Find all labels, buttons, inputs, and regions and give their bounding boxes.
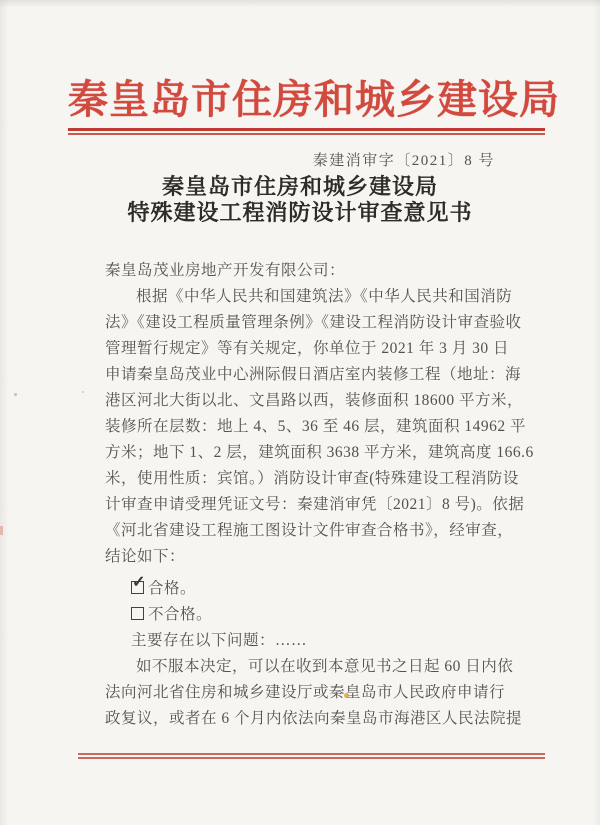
issues-line: 主要存在以下问题：…… xyxy=(105,628,550,654)
conclusion-qualified-label: 合格。 xyxy=(148,580,196,597)
body-line: 法》《建设工程质量管理条例》《建设工程消防设计审查验收 xyxy=(105,310,550,336)
scan-artifact xyxy=(344,693,349,698)
body-line: 方米；地下 1、2 层，建筑面积 3638 平方米，建筑高度 166.6 xyxy=(105,440,550,466)
recipient-line: 秦皇岛茂业房地产开发有限公司： xyxy=(105,258,550,284)
scan-artifact xyxy=(14,393,17,396)
letterhead-separator xyxy=(68,128,545,135)
document-title-line2: 特殊建设工程消防设计审查意见书 xyxy=(0,200,600,226)
footer-separator-upper-line xyxy=(78,753,545,755)
footer-separator-lower-line xyxy=(78,757,545,759)
appeal-line: 政复议，或者在 6 个月内依法向秦皇岛市海港区人民法院提 xyxy=(105,706,550,732)
document-title-line1: 秦皇岛市住房和城乡建设局 xyxy=(0,174,600,200)
body-line: 根据《中华人民共和国建筑法》《中华人民共和国消防 xyxy=(105,284,550,310)
conclusion-qualified-row: ✓合格。 xyxy=(105,576,550,602)
scan-artifact xyxy=(82,391,84,393)
body-line: 装修所在层数：地上 4、5、36 至 46 层，建筑面积 14962 平 xyxy=(105,414,550,440)
letterhead-separator-thin-line xyxy=(68,133,545,135)
appeal-line: 法向河北省住房和城乡建设厅或秦皇岛市人民政府申请行 xyxy=(105,680,550,706)
appeal-line: 如不服本决定，可以在收到本意见书之日起 60 日内依 xyxy=(105,654,550,680)
letterhead-agency-title: 秦皇岛市住房和城乡建设局 xyxy=(68,68,545,125)
body-line: 米，使用性质：宾馆。）消防设计审查(特殊建设工程消防设 xyxy=(105,466,550,492)
document-title: 秦皇岛市住房和城乡建设局 特殊建设工程消防设计审查意见书 xyxy=(0,174,600,226)
unchecked-checkbox-icon xyxy=(131,607,144,620)
body-line: 计审查申请受理凭证文号：秦建消审凭〔2021〕8 号)。依据 xyxy=(105,492,550,518)
scan-artifact xyxy=(0,526,3,535)
body-line: 港区河北大街以北、文昌路以西，装修面积 18600 平方米， xyxy=(105,388,550,414)
body-line: 结论如下： xyxy=(105,544,550,570)
conclusion-unqualified-row: 不合格。 xyxy=(105,602,550,628)
check-mark-icon: ✓ xyxy=(132,575,146,591)
body-line: 申请秦皇岛茂业中心洲际假日酒店室内装修工程（地址：海 xyxy=(105,362,550,388)
document-page: 秦皇岛市住房和城乡建设局 秦建消审字〔2021〕8 号 秦皇岛市住房和城乡建设局… xyxy=(0,0,600,825)
body-line: 管理暂行规定》等有关规定，你单位于 2021 年 3 月 30 日 xyxy=(105,336,550,362)
document-body: 秦皇岛茂业房地产开发有限公司： 根据《中华人民共和国建筑法》《中华人民共和国消防… xyxy=(105,258,550,732)
document-reference-number: 秦建消审字〔2021〕8 号 xyxy=(80,149,545,170)
checked-checkbox-icon: ✓ xyxy=(131,581,144,594)
body-line: 《河北省建设工程施工图设计文件审查合格书》，经审查， xyxy=(105,518,550,544)
conclusion-unqualified-label: 不合格。 xyxy=(148,606,212,623)
letterhead-separator-thick-line xyxy=(68,128,545,131)
footer-separator xyxy=(78,753,545,759)
